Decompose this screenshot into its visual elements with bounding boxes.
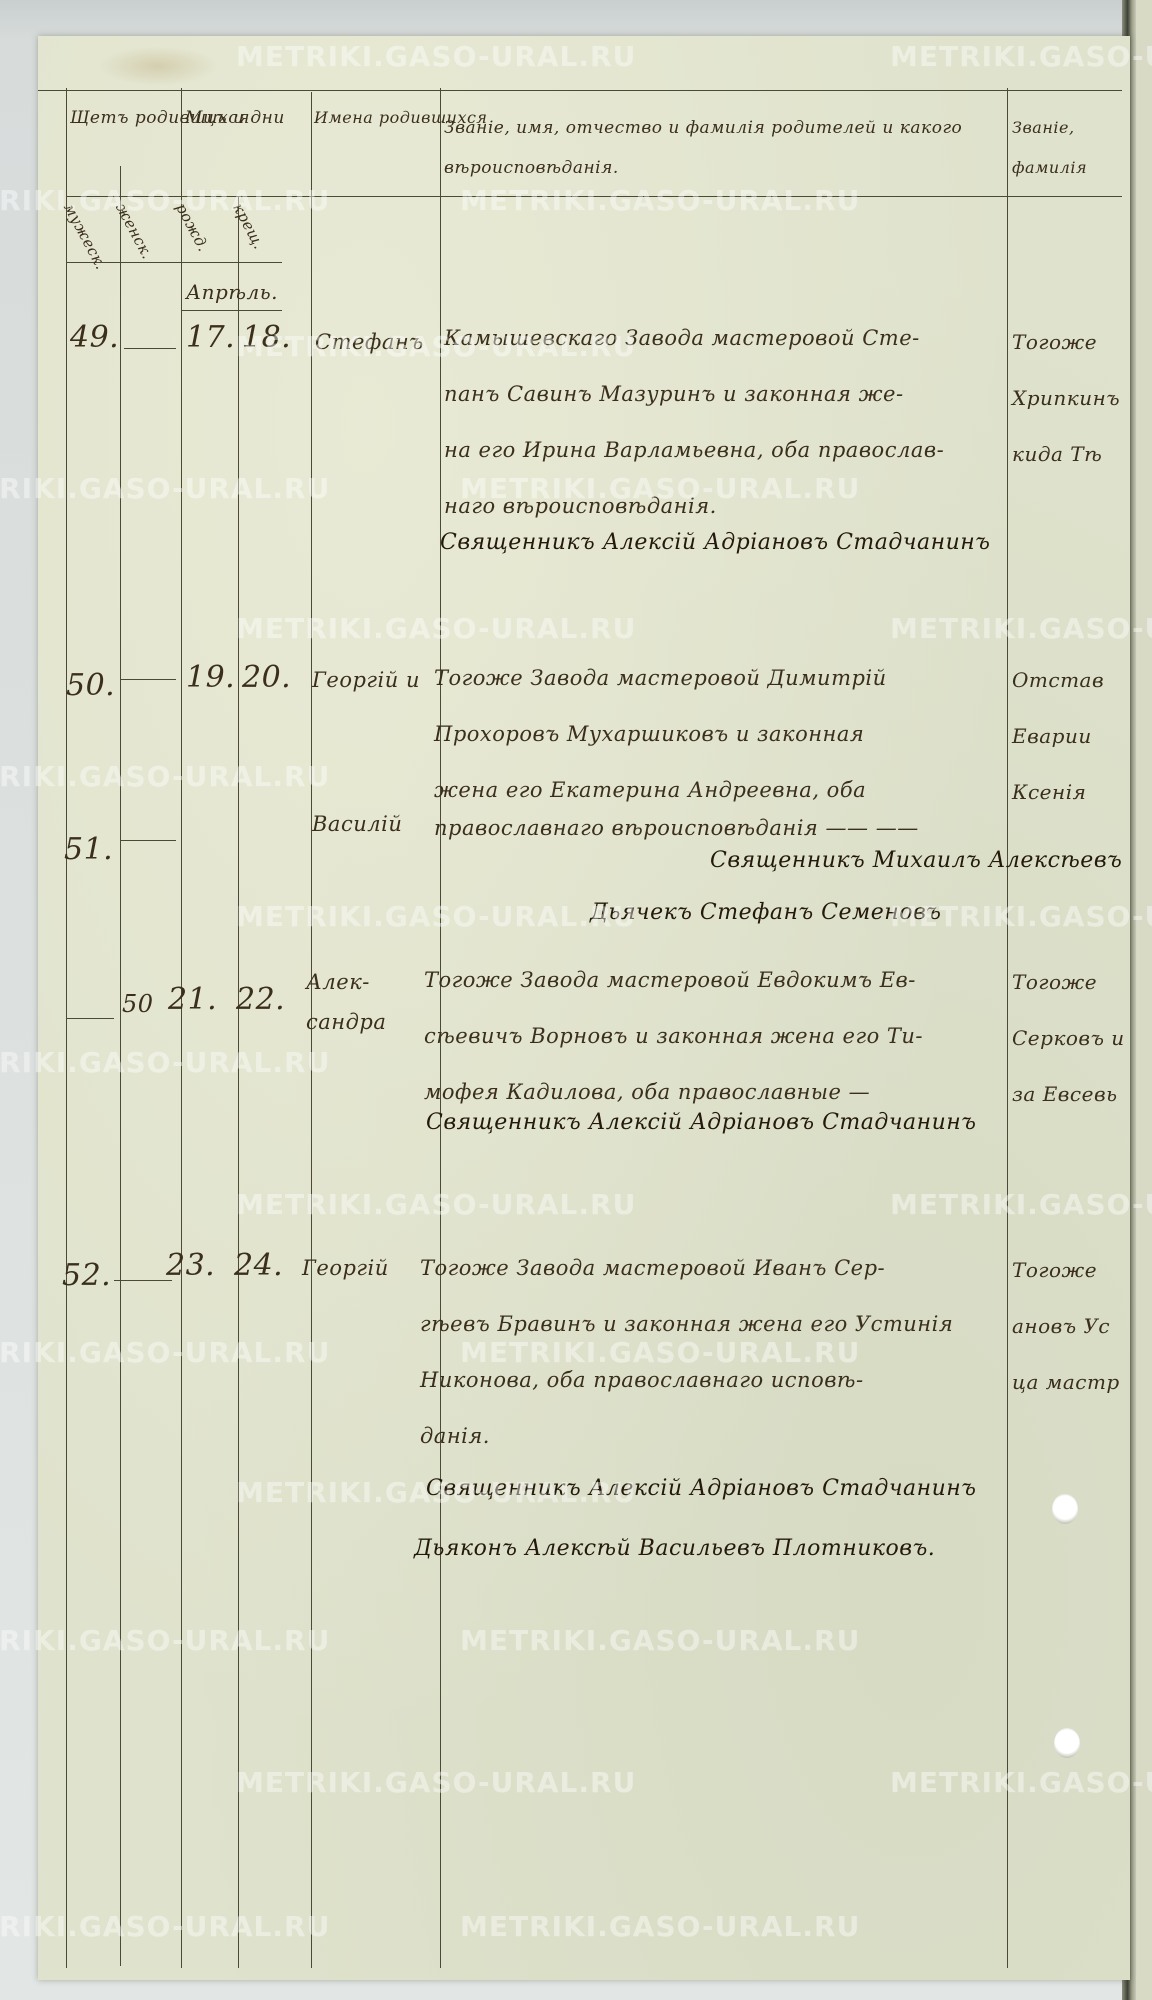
deacon-signature: Дьячекъ Стефанъ Семеновъ	[590, 900, 941, 925]
watermark: METRIKI.GASO-URAL.RU	[236, 1766, 636, 1799]
entry-birth-day: 23.	[166, 1248, 215, 1283]
watermark: METRIKI.GASO-URAL.RU	[236, 900, 636, 933]
entry-male-dash	[66, 1018, 114, 1019]
watermark: METRIKI.GASO-URAL.RU	[0, 760, 330, 793]
entry-parents-line: Тогоже Завода мастеровой Евдокимъ Ев-	[424, 952, 916, 1008]
entry-female-number: 50	[122, 990, 154, 1018]
entry-parents-line: сѣевичъ Ворновъ и законная жена его Ти-	[424, 1008, 923, 1064]
entry-parents-line: Прохоровъ Мухаршиковъ и законная	[434, 706, 864, 762]
watermark: METRIKI.GASO-URAL.RU	[0, 1336, 330, 1369]
paper-stain	[98, 46, 218, 86]
watermark: METRIKI.GASO-URAL.RU	[236, 1188, 636, 1221]
entry-godparent-line: Серковъ и	[1012, 1026, 1125, 1050]
watermark: METRIKI.GASO-URAL.RU	[890, 612, 1152, 645]
column-rule-7	[1007, 88, 1008, 1968]
watermark: METRIKI.GASO-URAL.RU	[236, 1476, 636, 1509]
entry-parents-line: на его Ирина Варламьевна, оба православ-	[444, 422, 944, 478]
entry-parents-line: Тогоже Завода мастеровой Димитрiй	[434, 650, 887, 706]
entry-godparent-line: Тогоже	[1012, 970, 1097, 994]
entry-male-number: 50.	[66, 668, 115, 703]
entry-child-name: Георгiй и	[312, 668, 420, 692]
entry-baptism-day: 20.	[242, 660, 291, 695]
entry-godparent-line: ановъ Ус	[1012, 1314, 1110, 1338]
entry-godparent-line: Отстав	[1012, 668, 1104, 692]
watermark: METRIKI.GASO-URAL.RU	[890, 1188, 1152, 1221]
watermark: METRIKI.GASO-URAL.RU	[0, 1910, 330, 1943]
column-rule-3	[181, 88, 182, 1968]
watermark: METRIKI.GASO-URAL.RU	[0, 472, 330, 505]
punch-hole	[1054, 1728, 1080, 1758]
entry-godparent-line: Ксенiя	[1012, 780, 1086, 804]
watermark: METRIKI.GASO-URAL.RU	[890, 1766, 1152, 1799]
month-underline-rule	[182, 310, 282, 311]
entry-male-number: 49.	[70, 320, 119, 355]
entry-baptism-day: 22.	[236, 982, 285, 1017]
watermark: METRIKI.GASO-URAL.RU	[236, 330, 636, 363]
entry-godparent-line: кида Тѣ	[1012, 442, 1102, 466]
priest-signature: Священникъ Алексiй Адрiановъ Стадчанинъ	[440, 530, 990, 555]
entry-parents-line: панъ Савинъ Мазуринъ и законная же-	[444, 366, 904, 422]
entry-godparent-line: ца мастр	[1012, 1370, 1120, 1394]
adjacent-page-edge	[1136, 0, 1152, 2000]
watermark: METRIKI.GASO-URAL.RU	[460, 1624, 860, 1657]
watermark: METRIKI.GASO-URAL.RU	[236, 612, 636, 645]
entry-child-name: Алек-	[306, 970, 370, 994]
entry-female-dash	[120, 840, 176, 841]
watermark: METRIKI.GASO-URAL.RU	[890, 40, 1152, 73]
watermark: METRIKI.GASO-URAL.RU	[460, 1910, 860, 1943]
header-godparents: Званiе, фамилiя	[1012, 108, 1122, 188]
punch-hole	[1052, 1494, 1078, 1524]
entry-female-dash	[124, 348, 176, 349]
entry-parents-line: Тогоже Завода мастеровой Иванъ Сер-	[420, 1240, 885, 1296]
header-month-day: Мцъ и дни	[185, 108, 285, 128]
entry-godparent-line: Тогоже	[1012, 1258, 1097, 1282]
column-rule-4	[238, 196, 239, 1968]
table-top-rule	[38, 90, 1122, 91]
entry-child-name-2: Василiй	[312, 812, 402, 836]
entry-child-name: Георгiй	[302, 1256, 389, 1280]
entry-godparent-line: за Евсевь	[1012, 1082, 1118, 1106]
watermark: METRIKI.GASO-URAL.RU	[0, 184, 330, 217]
entry-godparent-line: Еварии	[1012, 724, 1092, 748]
watermark: METRIKI.GASO-URAL.RU	[0, 1046, 330, 1079]
entry-male-number: 51.	[64, 832, 113, 867]
watermark: METRIKI.GASO-URAL.RU	[460, 1336, 860, 1369]
watermark: METRIKI.GASO-URAL.RU	[890, 900, 1152, 933]
entry-godparent-line: Тогоже	[1012, 330, 1097, 354]
watermark: METRIKI.GASO-URAL.RU	[460, 184, 860, 217]
entry-female-dash	[120, 679, 176, 680]
entry-female-dash	[114, 1280, 172, 1281]
entry-parents-line: данiя.	[420, 1408, 490, 1464]
entry-baptism-day: 24.	[234, 1248, 283, 1283]
entry-birth-day: 17.	[186, 320, 235, 355]
entry-child-name-2: сандра	[306, 1010, 386, 1034]
watermark: METRIKI.GASO-URAL.RU	[236, 40, 636, 73]
header-parents: Званiе, имя, отчество и фамилiя родителе…	[444, 108, 999, 188]
entry-godparent-line: Хрипкинъ	[1012, 386, 1120, 410]
column-rule-1	[66, 88, 67, 1968]
priest-signature: Священникъ Михаилъ Алексѣевъ	[710, 848, 1122, 873]
entry-birth-day: 19.	[186, 660, 235, 695]
month-label: Апрѣль.	[186, 280, 278, 304]
entry-male-number: 52.	[62, 1258, 111, 1293]
watermark: METRIKI.GASO-URAL.RU	[460, 472, 860, 505]
watermark: METRIKI.GASO-URAL.RU	[0, 1624, 330, 1657]
deacon-signature: Дьяконъ Алексѣй Васильевъ Плотниковъ.	[414, 1536, 935, 1561]
entry-birth-day: 21.	[168, 982, 217, 1017]
priest-signature: Священникъ Алексiй Адрiановъ Стадчанинъ	[426, 1110, 976, 1135]
